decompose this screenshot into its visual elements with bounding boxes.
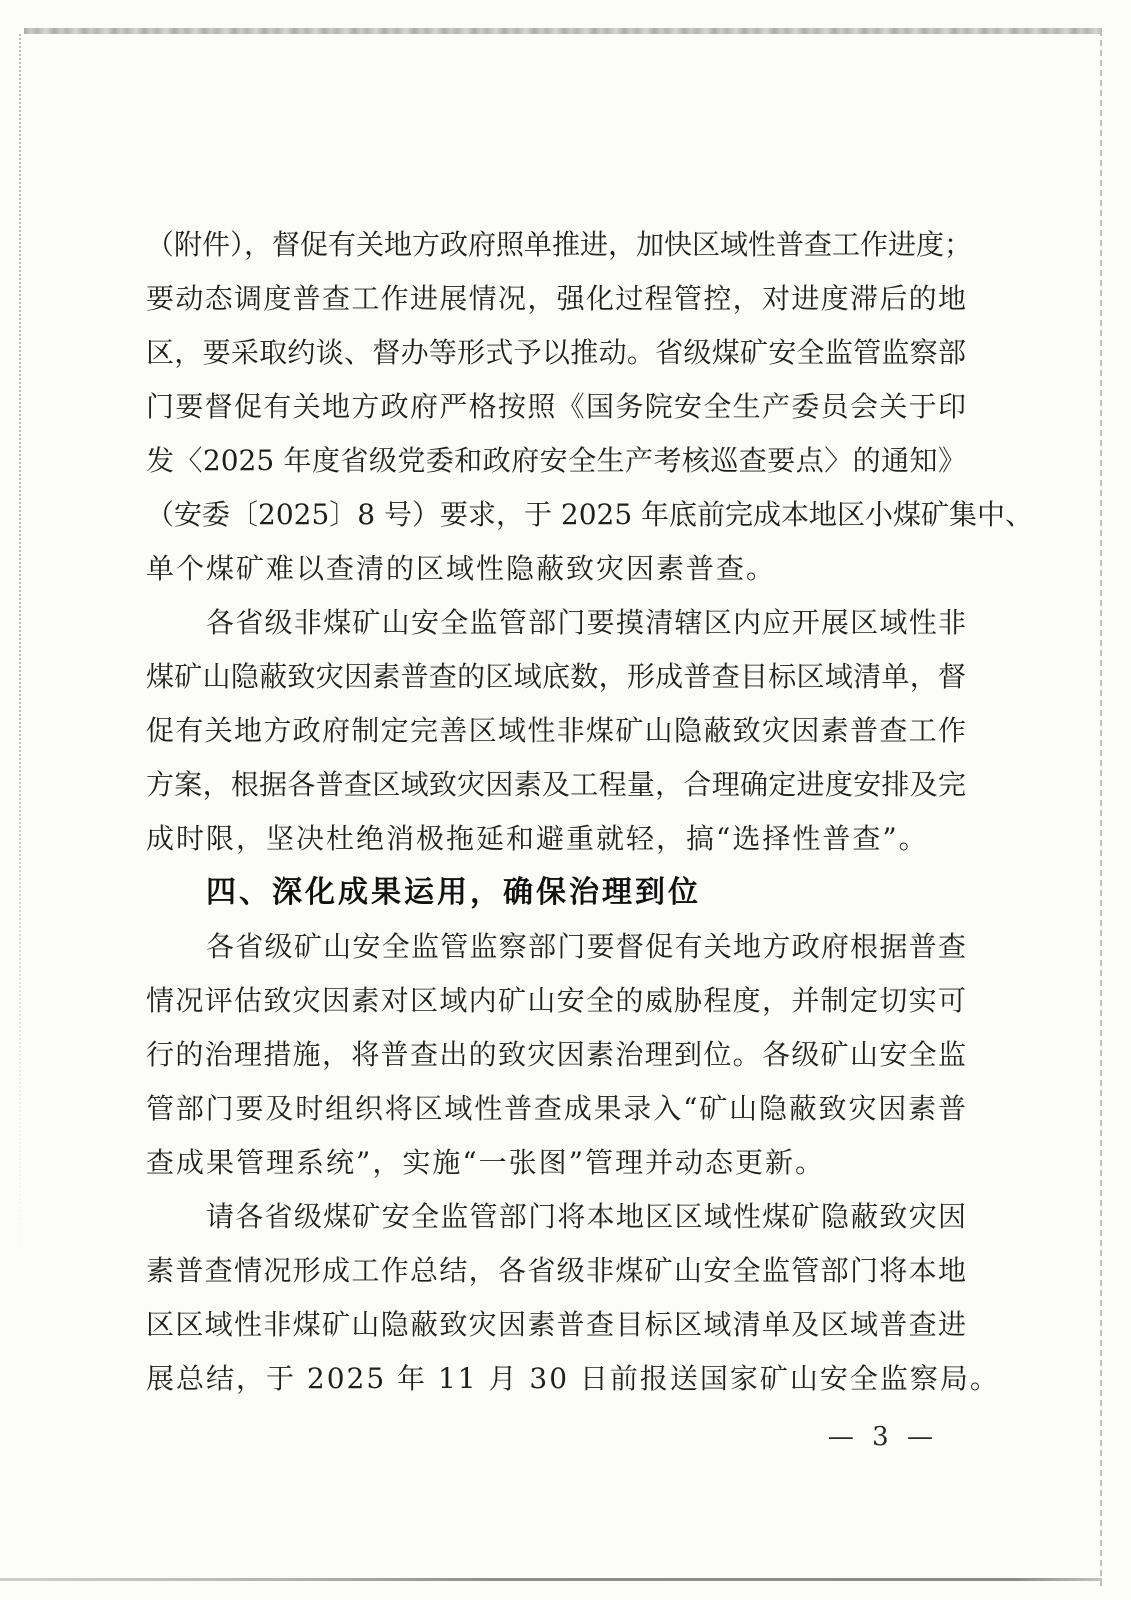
document-page: （附件），督促有关地方政府照单推进，加快区域性普查工作进度；要动态调度普查工作进…: [0, 0, 1131, 1600]
text-line: 单个煤矿难以查清的区域性隐蔽致灾因素普查。: [146, 542, 966, 596]
text-line: 素普查情况形成工作总结，各省级非煤矿山安全监管部门将本地: [146, 1244, 966, 1298]
scan-edge-left: [19, 34, 21, 1264]
text-line: 区，要采取约谈、督办等形式予以推动。省级煤矿安全监管监察部: [146, 326, 966, 380]
text-line: 要动态调度普查工作进展情况，强化过程管控，对进度滞后的地: [146, 272, 966, 326]
document-body: （附件），督促有关地方政府照单推进，加快区域性普查工作进度；要动态调度普查工作进…: [146, 218, 966, 1406]
text-line: （附件），督促有关地方政府照单推进，加快区域性普查工作进度；: [146, 218, 966, 272]
scan-edge-top: [24, 28, 1102, 34]
text-line: 请各省级煤矿安全监管部门将本地区区域性煤矿隐蔽致灾因: [146, 1190, 966, 1244]
text-line: 发〈2025 年度省级党委和政府安全生产考核巡查要点〉的通知》: [146, 434, 966, 488]
text-line: 方案，根据各普查区域致灾因素及工程量，合理确定进度安排及完: [146, 758, 966, 812]
text-line: 各省级非煤矿山安全监管部门要摸清辖区内应开展区域性非: [146, 596, 966, 650]
text-line: 区区域性非煤矿山隐蔽致灾因素普查目标区域清单及区域普查进: [146, 1298, 966, 1352]
text-line: 促有关地方政府制定完善区域性非煤矿山隐蔽致灾因素普查工作: [146, 704, 966, 758]
page-number: — 3 —: [146, 1410, 966, 1464]
text-line: 情况评估致灾因素对区域内矿山安全的威胁程度，并制定切实可: [146, 974, 966, 1028]
text-line: 成时限，坚决杜绝消极拖延和避重就轻，搞“选择性普查”。: [146, 812, 966, 866]
text-line: 展总结，于 2025 年 11 月 30 日前报送国家矿山安全监察局。: [146, 1352, 966, 1406]
text-line: 管部门要及时组织将区域性普查成果录入“矿山隐蔽致灾因素普: [146, 1082, 966, 1136]
section-heading: 四、深化成果运用，确保治理到位: [146, 866, 966, 920]
scan-edge-bottom: [0, 1578, 1102, 1581]
text-line: 门要督促有关地方政府严格按照《国务院安全生产委员会关于印: [146, 380, 966, 434]
text-line: 煤矿山隐蔽致灾因素普查的区域底数，形成普查目标区域清单，督: [146, 650, 966, 704]
text-line: （安委〔2025〕8 号）要求，于 2025 年底前完成本地区小煤矿集中、: [146, 488, 966, 542]
text-line: 查成果管理系统”，实施“一张图”管理并动态更新。: [146, 1136, 966, 1190]
text-line: 各省级矿山安全监管监察部门要督促有关地方政府根据普查: [146, 920, 966, 974]
scan-edge-right: [1100, 30, 1102, 1586]
text-line: 行的治理措施，将普查出的致灾因素治理到位。各级矿山安全监: [146, 1028, 966, 1082]
